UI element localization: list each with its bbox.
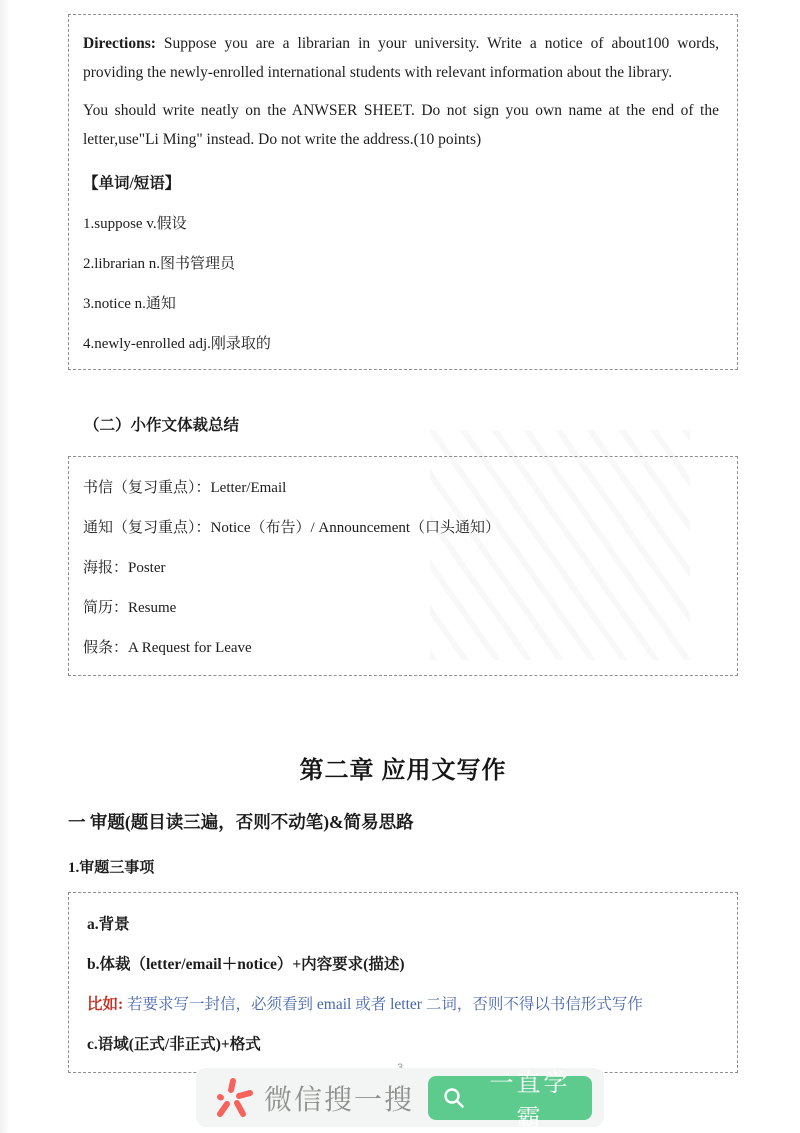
review-item-b: b.体裁（letter/email＋notice）+内容要求(描述)	[87, 956, 719, 974]
search-icon	[442, 1086, 466, 1110]
example-text: 若要求写一封信，必须看到 email 或者 letter 二词，否则不得以书信形…	[123, 996, 643, 1013]
directions-paragraph: Directions: Suppose you are a librarian …	[83, 29, 719, 87]
vocab-item: 1.suppose v.假设	[83, 216, 719, 233]
vocab-item: 3.notice n.通知	[83, 296, 719, 313]
topic-analysis-heading: 一 审题(题目读三遍，否则不动笔)&简易思路	[68, 809, 738, 834]
genre-item: 简历：Resume	[83, 600, 719, 617]
genre-item: 海报：Poster	[83, 560, 719, 577]
review-item-c: c.语域(正式/非正式)+格式	[87, 1036, 719, 1054]
directions-box: Directions: Suppose you are a librarian …	[68, 14, 738, 370]
wechat-search-spark-icon	[214, 1077, 254, 1119]
wechat-search-widget: 微信搜一搜 一直学霸	[196, 1068, 604, 1127]
wechat-search-button[interactable]: 一直学霸	[428, 1076, 592, 1120]
vocab-item: 2.librarian n.图书管理员	[83, 256, 719, 273]
directions-text: Suppose you are a librarian in your univ…	[83, 35, 719, 81]
genre-item: 假条：A Request for Leave	[83, 640, 719, 657]
vocab-section-title: 【单词/短语】	[83, 171, 719, 193]
directions-label: Directions:	[83, 35, 156, 52]
genre-summary-box: 书信（复习重点）：Letter/Email 通知（复习重点）：Notice（布告…	[68, 456, 738, 676]
document-page: Directions: Suppose you are a librarian …	[0, 0, 800, 1133]
wechat-search-brand-text: 微信搜一搜	[264, 1078, 414, 1118]
review-points-box: a.背景 b.体裁（letter/email＋notice）+内容要求(描述) …	[68, 892, 738, 1073]
review-example-line: 比如: 若要求写一封信，必须看到 email 或者 letter 二词，否则不得…	[87, 996, 719, 1014]
genre-item: 书信（复习重点）：Letter/Email	[83, 480, 719, 497]
answer-sheet-paragraph: You should write neatly on the ANWSER SH…	[83, 96, 719, 154]
vocab-item: 4.newly-enrolled adj.刚录取的	[83, 336, 719, 353]
review-item-a: a.背景	[87, 916, 719, 934]
example-label: 比如:	[87, 996, 123, 1013]
chapter-title: 第二章 应用文写作	[68, 750, 738, 785]
search-button-label: 一直学霸	[478, 1063, 582, 1133]
genre-item: 通知（复习重点）：Notice（布告）/ Announcement（口头通知）	[83, 520, 719, 537]
three-items-subheading: 1.审题三事项	[68, 856, 738, 877]
genre-summary-heading: （二）小作文体裁总结	[84, 413, 738, 435]
